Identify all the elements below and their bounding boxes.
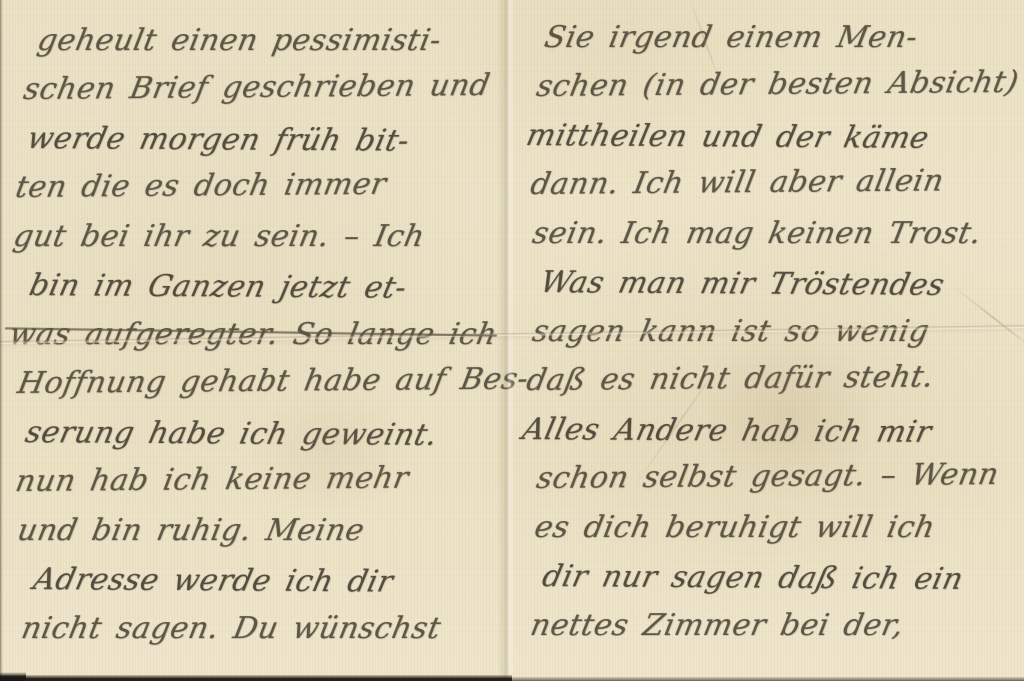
handwritten-line: Adresse werde ich dir (29, 555, 534, 607)
paper-smudge (250, 380, 410, 520)
handwritten-line: schen Brief geschrieben und (19, 61, 534, 114)
handwritten-line: nicht sagen. Du wünschst (17, 604, 534, 653)
handwritten-line: und bin ruhig. Meine (13, 506, 534, 555)
scan-edge-left (0, 0, 3, 681)
handwritten-line: ten die es doch immer (11, 159, 534, 212)
handwritten-line: gut bei ihr zu sein. – Ich (9, 212, 534, 261)
handwritten-line: nettes Zimmer bei der, (526, 601, 1024, 650)
scan-edge-corner (0, 672, 26, 681)
handwritten-line: dir nur sagen daß ich ein (538, 552, 1024, 605)
letter-scan: geheult einen pessimisti- schen Brief ge… (0, 0, 1024, 681)
scan-edge-bottom-right (512, 677, 1024, 681)
handwritten-line: Sie irgend einem Men- (540, 13, 1024, 62)
scan-edge-bottom-left (0, 675, 512, 681)
handwritten-line: geheult einen pessimisti- (33, 16, 534, 65)
handwritten-line: es dich beruhigt will ich (530, 503, 1024, 552)
vertical-fold-crease (497, 0, 515, 681)
handwritten-line: sein. Ich mag keinen Trost. (528, 209, 1024, 258)
handwritten-line: schen (in der besten Absicht) (532, 57, 1024, 111)
handwritten-line: bin im Ganzen jetzt et- (25, 261, 534, 313)
handwritten-line: dann. Ich will aber allein (526, 155, 1024, 209)
